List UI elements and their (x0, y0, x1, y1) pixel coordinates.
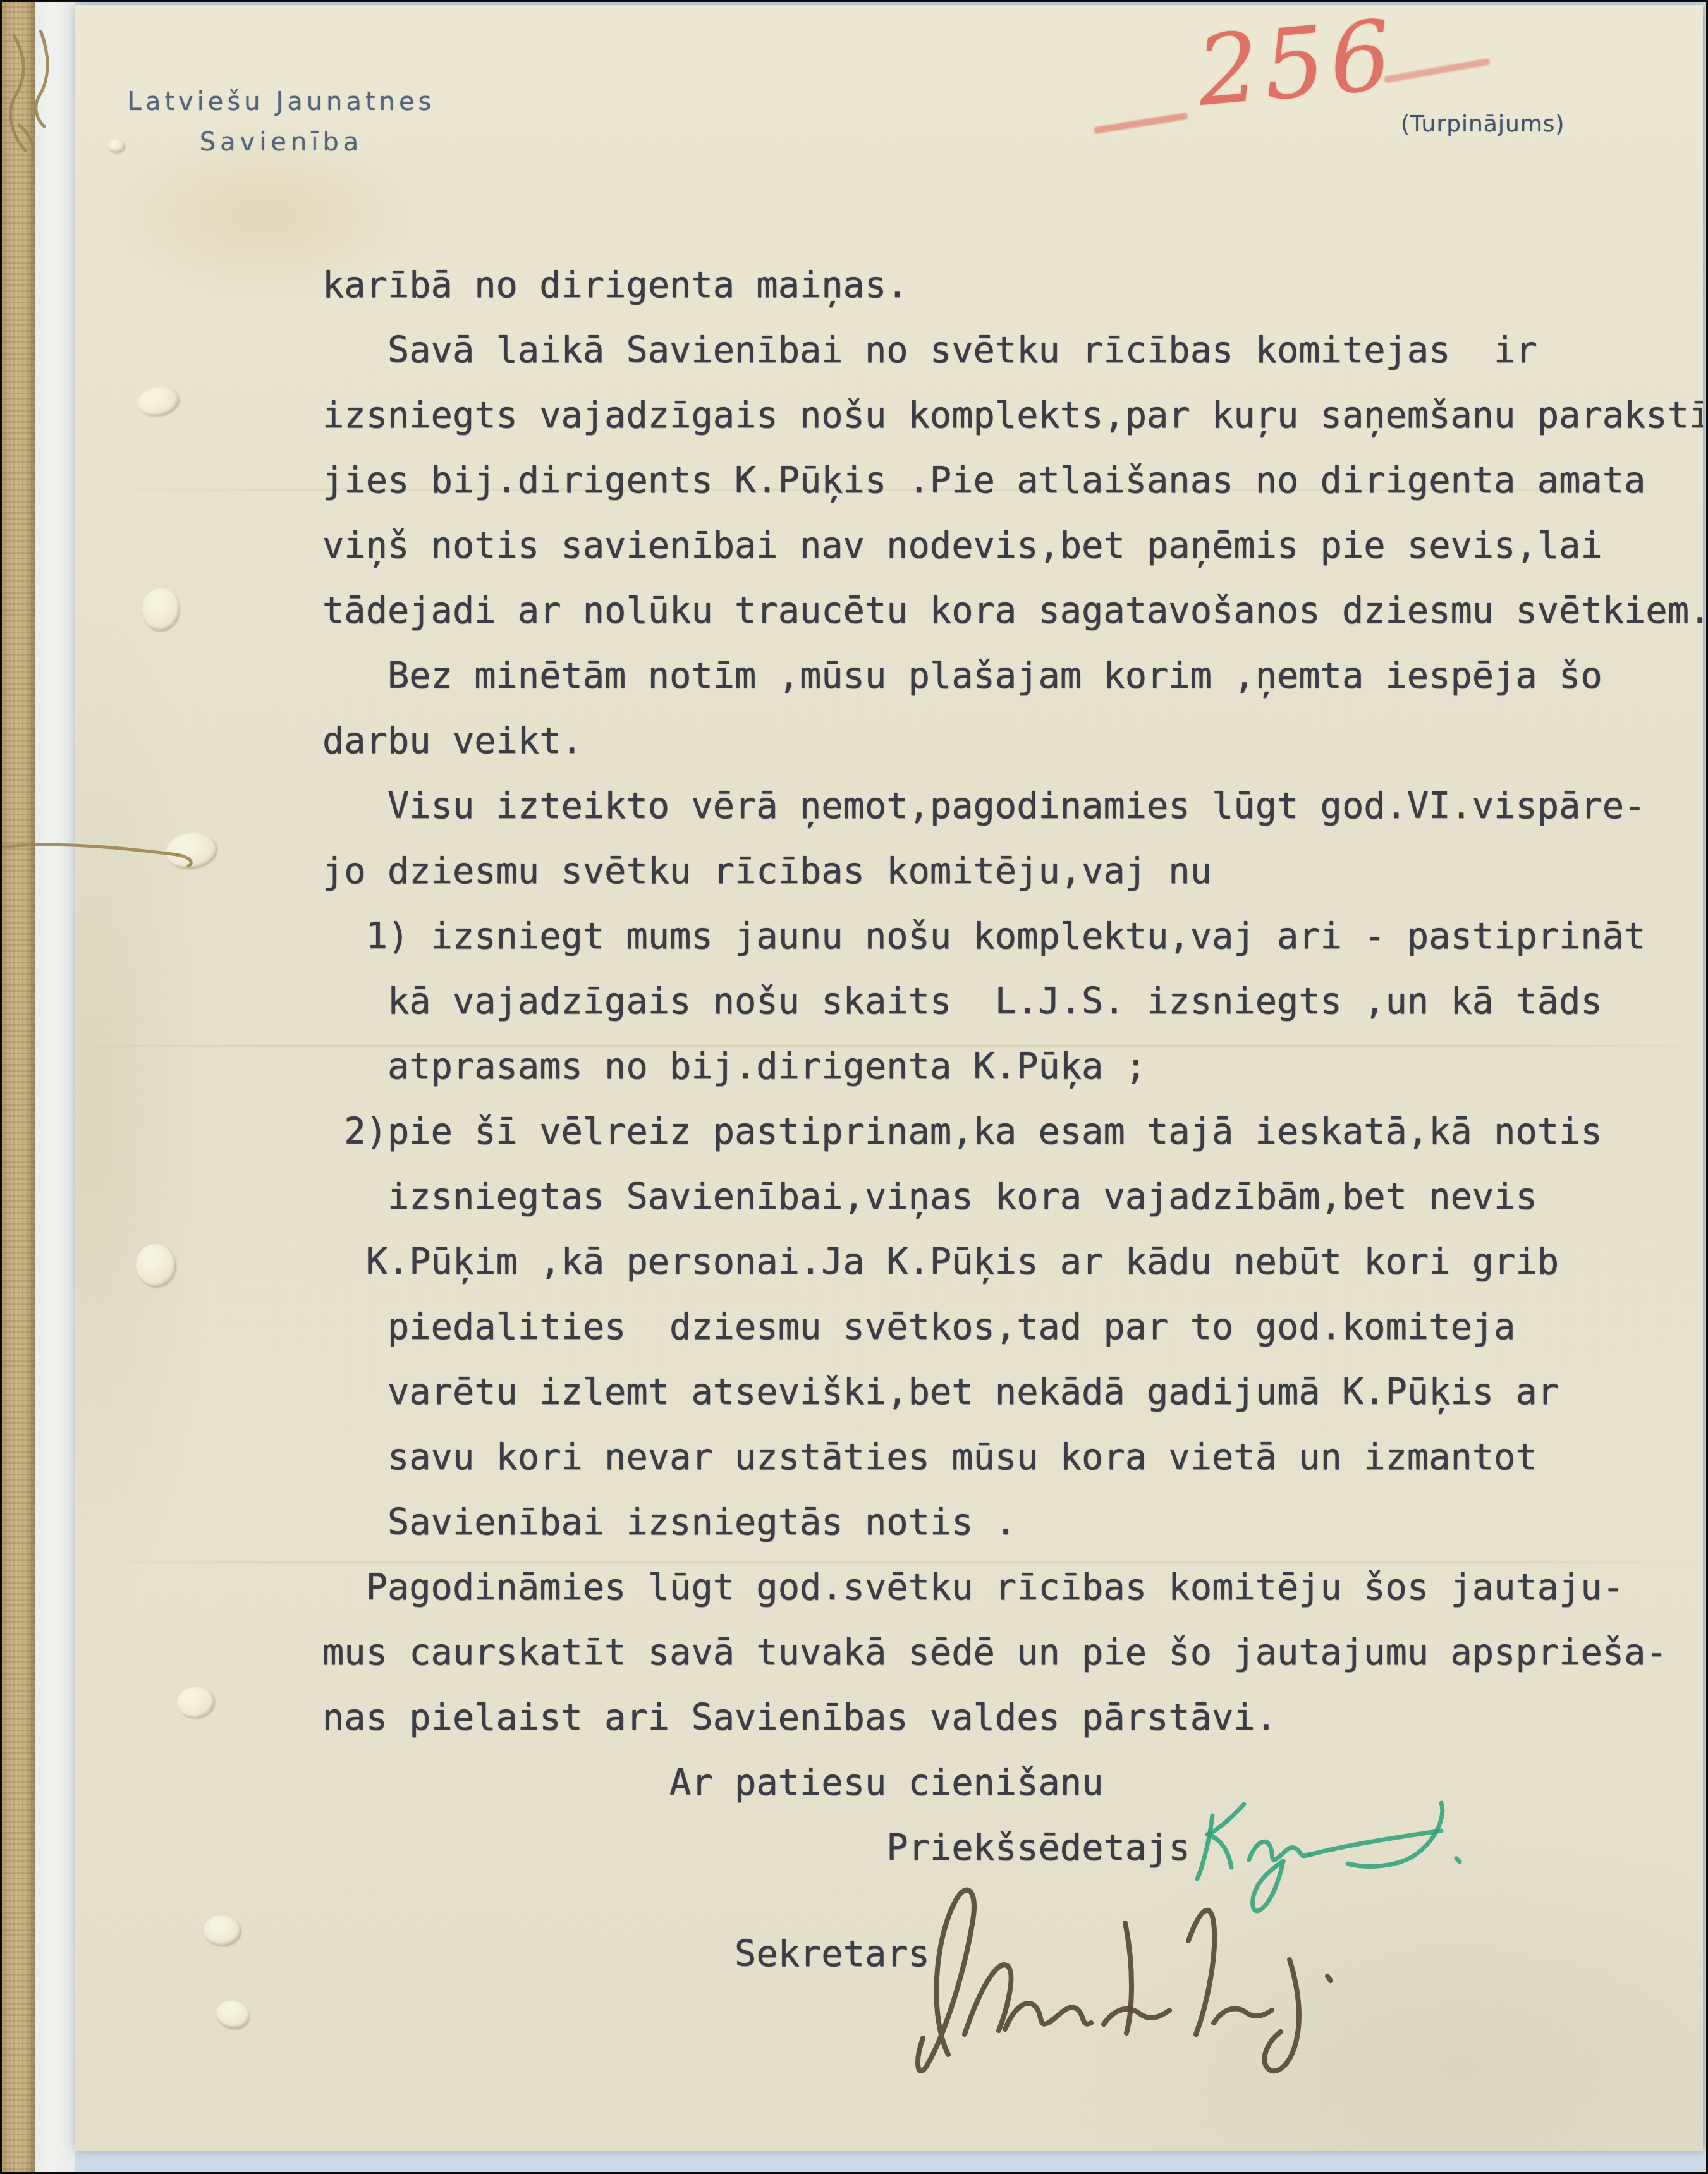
typed-line: tādejadi ar nolūku traucētu kora sagatav… (322, 578, 1703, 644)
typed-line: varētu izlemt atseviški,bet nekādā gadij… (322, 1360, 1703, 1425)
typed-line: atprasams no bij.dirigenta K.Pūķa ; (322, 1034, 1703, 1099)
secretary-signature (885, 1865, 1372, 2105)
binding-thread-icon (0, 822, 253, 879)
typed-line: jo dziesmu svētku rīcības komitēju,vaj n… (322, 839, 1703, 904)
typed-line: K.Pūķim ,kā personai.Ja K.Pūķis ar kādu … (322, 1230, 1703, 1295)
punch-hole (136, 1244, 175, 1286)
typed-line: nas pielaist ari Savienības valdes pārst… (322, 1685, 1703, 1750)
typed-line: Visu izteikto vērā ņemot,pagodinamies lū… (322, 774, 1703, 839)
typed-line: savu kori nevar uzstāties mūsu kora viet… (322, 1425, 1703, 1490)
punch-hole (140, 585, 182, 632)
scan-gap-strip (35, 0, 75, 2174)
punch-hole (135, 383, 181, 418)
stamp-line2: Savienība (123, 128, 439, 157)
typed-line: Ar patiesu cienišanu (322, 1750, 1703, 1816)
binding-threads-icon (0, 30, 88, 195)
typed-line: piedalities dziesmu svētkos,tad par to g… (322, 1295, 1703, 1360)
scanned-letter-page: Latviešu Jaunatnes Savienība 256 (Turpin… (0, 0, 1708, 2174)
typed-line: izsniegts vajadzīgais nošu komplekts,par… (322, 383, 1703, 448)
red-dash-left (1094, 113, 1188, 134)
typed-line: viņš notis savienībai nav nodevis,bet pa… (322, 513, 1703, 578)
typed-line: Pagodināmies lūgt god.svētku rīcības kom… (322, 1555, 1703, 1620)
red-dash-right (1384, 58, 1491, 83)
binding-strip (0, 0, 35, 2174)
typed-line: Savā laikā Savienībai no svētku rīcības … (322, 318, 1703, 383)
punch-hole (174, 1683, 216, 1719)
typed-line: 2)pie šī vēlreiz pastiprinam,ka esam taj… (322, 1099, 1703, 1164)
typed-line: kā vajadzīgais nošu skaits L.J.S. izsnie… (322, 969, 1703, 1034)
punch-hole (214, 1998, 252, 2030)
typed-line: Bez minētām notīm ,mūsu plašajam korim ,… (322, 644, 1703, 709)
typed-line: darbu veikt. (322, 709, 1703, 774)
letter-paper: Latviešu Jaunatnes Savienība 256 (Turpin… (75, 5, 1703, 2151)
typed-line: jies bij.dirigents K.Pūķis .Pie atlaišan… (322, 448, 1703, 513)
red-page-number: 256 (1080, 5, 1509, 180)
organization-stamp: Latviešu Jaunatnes Savienība (123, 87, 439, 157)
stamp-line1: Latviešu Jaunatnes (123, 87, 439, 116)
page-number-text: 256 (1193, 5, 1400, 128)
typed-line: izsniegtas Savienībai,viņas kora vajadzī… (322, 1164, 1703, 1230)
continuation-note: (Turpinājums) (1401, 111, 1565, 137)
typed-line: 1) izsniegt mums jaunu nošu komplektu,va… (322, 904, 1703, 969)
punch-hole (107, 139, 124, 152)
punch-hole (204, 1915, 240, 1945)
typed-line: karībā no dirigenta maiņas. (322, 253, 1703, 318)
typed-line: mus caurskatīt savā tuvakā sēdē un pie š… (322, 1620, 1703, 1685)
typed-line: Savienībai izsniegtās notis . (322, 1490, 1703, 1555)
typed-text-block: karībā no dirigenta maiņas.Savā laikā Sa… (322, 253, 1703, 1987)
